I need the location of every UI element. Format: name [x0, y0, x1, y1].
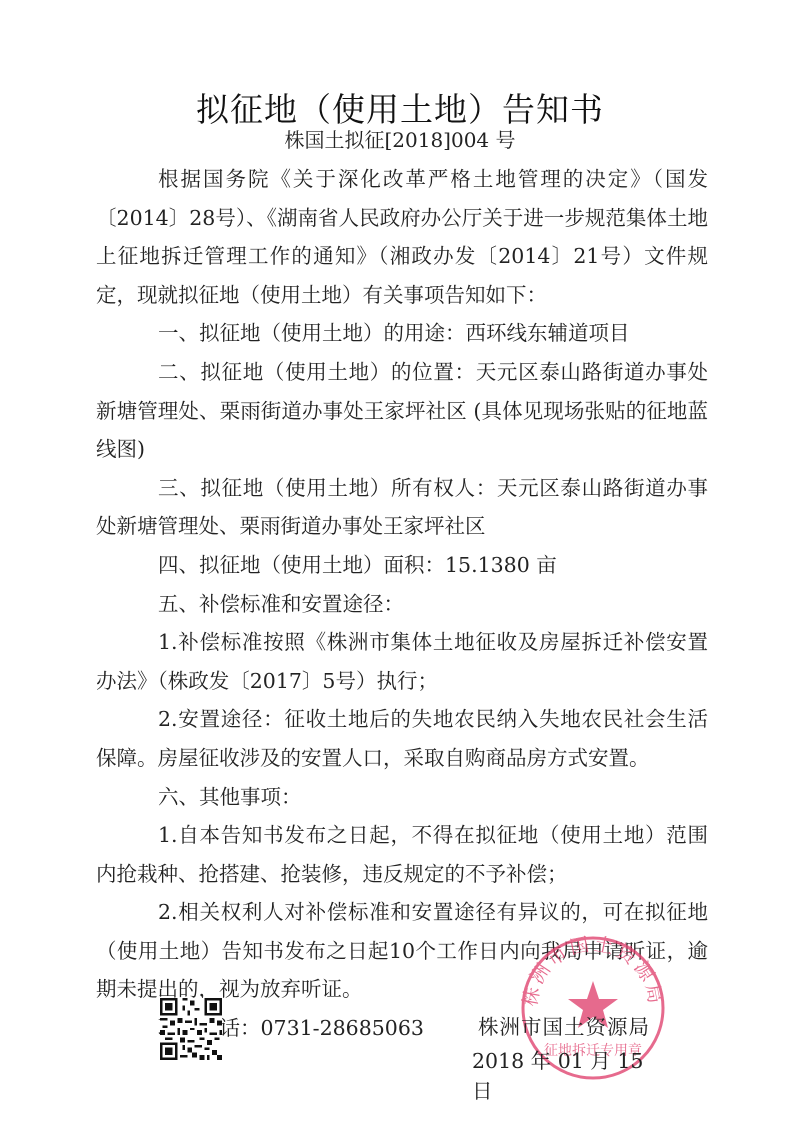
item-value: 西环线东辅道项目 — [466, 321, 630, 345]
item-purpose: 一、拟征地（使用土地）的用途：西环线东辅道项目 — [96, 314, 708, 353]
item-compensation-heading: 五、补偿标准和安置途径： — [96, 585, 708, 624]
item-owner: 三、拟征地（使用土地）所有权人：天元区泰山路街道办事处新塘管理处、栗雨街道办事处… — [96, 469, 708, 546]
compensation-standard: 1.补偿标准按照《株洲市集体土地征收及房屋拆迁补偿安置办法》（株政发〔2017〕… — [96, 623, 708, 700]
other-heading: 六、其他事项： — [96, 778, 708, 817]
item-location: 二、拟征地（使用土地）的位置：天元区泰山路街道办事处新塘管理处、栗雨街道办事处王… — [96, 353, 708, 469]
item-label: 五、补偿标准和安置途径： — [158, 592, 404, 616]
item-value: 15.1380 亩 — [445, 553, 557, 577]
document-number: 株国土拟征[2018]004 号 — [0, 124, 800, 153]
intro-paragraph: 根据国务院《关于深化改革严格土地管理的决定》（国发〔2014〕28号）、《湖南省… — [96, 160, 708, 314]
issuing-organization: 株洲市国土资源局 — [478, 1010, 658, 1040]
issue-date: 2018 年 01 月 15 日 — [472, 1044, 652, 1104]
other-item-1: 1.自本告知书发布之日起，不得在拟征地（使用土地）范围内抢栽种、抢搭建、抢装修，… — [96, 816, 708, 893]
document-page: 拟征地（使用土地）告知书 株国土拟征[2018]004 号 根据国务院《关于深化… — [0, 0, 800, 1131]
qr-code-icon — [160, 998, 222, 1060]
item-area: 四、拟征地（使用土地）面积：15.1380 亩 — [96, 546, 708, 585]
document-body: 根据国务院《关于深化改革严格土地管理的决定》（国发〔2014〕28号）、《湖南省… — [96, 160, 708, 1048]
resettlement-route: 2.安置途径：征收土地后的失地农民纳入失地农民社会生活保障。房屋征收涉及的安置人… — [96, 700, 708, 777]
item-label: 三、拟征地（使用土地）所有权人： — [158, 476, 497, 500]
item-label: 一、拟征地（使用土地）的用途： — [158, 321, 466, 345]
item-label: 二、拟征地（使用土地）的位置： — [158, 360, 476, 384]
item-label: 四、拟征地（使用土地）面积： — [158, 553, 445, 577]
